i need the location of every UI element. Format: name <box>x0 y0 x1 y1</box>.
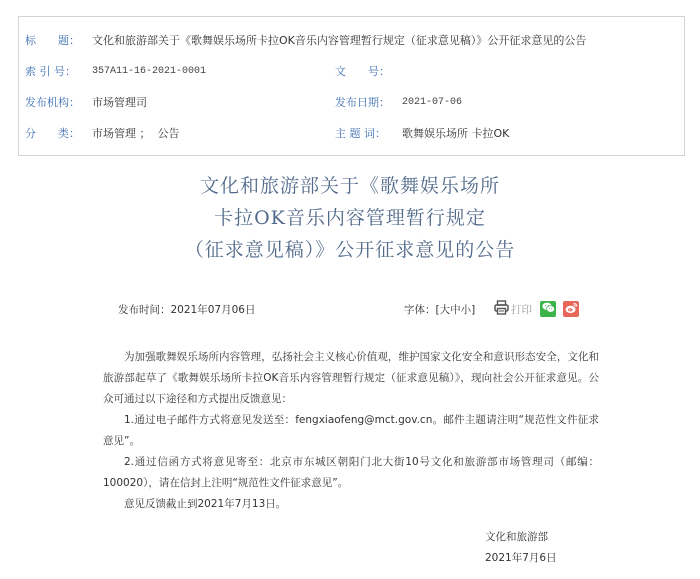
signature-org: 文化和旅游部 <box>485 527 557 548</box>
meta-row-category: 分 类： 市场管理 ； 公告 主 题 词： 歌舞娱乐场所 卡拉OK <box>19 124 686 144</box>
body-paragraph-mail: 2.通过信函方式将意见寄至：北京市东城区朝阳门北大街10号文化和旅游部市场管理司… <box>103 452 599 494</box>
font-size-label: 字体： <box>404 304 436 316</box>
article-title-line-1: 文化和旅游部关于《歌舞娱乐场所 <box>0 170 700 202</box>
meta-row-issuer: 发布机构： 市场管理司 发布日期： 2021-07-06 <box>19 93 686 113</box>
publish-toolbar: 发布时间：2021年07月06日 字体：[大中小] 打印 <box>0 300 700 318</box>
meta-subject-label: 主 题 词： <box>335 124 386 144</box>
meta-category-value: 市场管理 ； 公告 <box>92 124 180 144</box>
article-title-line-3: （征求意见稿）》公开征求意见的公告 <box>0 234 700 266</box>
weibo-icon <box>565 302 578 317</box>
article-body: 为加强歌舞娱乐场所内容管理，弘扬社会主义核心价值观，维护国家文化安全和意识形态安… <box>103 347 599 515</box>
font-size-large[interactable]: 大 <box>440 304 451 316</box>
font-size-bracket-close: ] <box>471 304 475 316</box>
metadata-table: 标 题： 文化和旅游部关于《歌舞娱乐场所卡拉OK音乐内容管理暂行规定（征求意见稿… <box>18 16 685 156</box>
meta-index-label: 索 引 号： <box>25 62 76 82</box>
print-button[interactable]: 打印 <box>494 300 532 318</box>
meta-subject-value: 歌舞娱乐场所 卡拉OK <box>402 124 509 144</box>
meta-date-value: 2021-07-06 <box>402 93 462 113</box>
meta-docno-label: 文 号： <box>335 62 390 82</box>
body-paragraph-intro: 为加强歌舞娱乐场所内容管理，弘扬社会主义核心价值观，维护国家文化安全和意识形态安… <box>103 347 599 410</box>
share-weibo-button[interactable] <box>563 301 579 317</box>
font-size-control: 字体：[大中小] <box>404 302 475 317</box>
font-size-small[interactable]: 小 <box>461 304 472 316</box>
body-paragraph-email: 1.通过电子邮件方式将意见发送至：fengxiaofeng@mct.gov.cn… <box>103 410 599 452</box>
meta-row-title: 标 题： 文化和旅游部关于《歌舞娱乐场所卡拉OK音乐内容管理暂行规定（征求意见稿… <box>19 31 686 51</box>
meta-issuer-label: 发布机构： <box>25 93 80 113</box>
meta-index-value: 357A11-16-2021-0001 <box>92 62 206 82</box>
meta-category-label: 分 类： <box>25 124 80 144</box>
signature-date: 2021年7月6日 <box>485 548 557 569</box>
printer-icon <box>494 300 509 318</box>
article-title-line-2: 卡拉OK音乐内容管理暂行规定 <box>0 202 700 234</box>
print-label: 打印 <box>511 302 532 317</box>
article-title: 文化和旅游部关于《歌舞娱乐场所 卡拉OK音乐内容管理暂行规定 （征求意见稿）》公… <box>0 170 700 266</box>
body-paragraph-deadline: 意见反馈截止到2021年7月13日。 <box>103 494 599 515</box>
publish-time: 发布时间：2021年07月06日 <box>118 302 255 317</box>
share-wechat-button[interactable] <box>540 301 556 317</box>
font-size-medium[interactable]: 中 <box>450 304 461 316</box>
meta-row-index: 索 引 号： 357A11-16-2021-0001 文 号： <box>19 62 686 82</box>
meta-date-label: 发布日期： <box>335 93 390 113</box>
meta-issuer-value: 市场管理司 <box>92 93 147 113</box>
wechat-icon <box>542 302 555 316</box>
meta-title-value: 文化和旅游部关于《歌舞娱乐场所卡拉OK音乐内容管理暂行规定（征求意见稿）》公开征… <box>92 31 586 51</box>
signature-block: 文化和旅游部 2021年7月6日 <box>485 527 557 569</box>
meta-title-label: 标 题： <box>25 31 80 51</box>
